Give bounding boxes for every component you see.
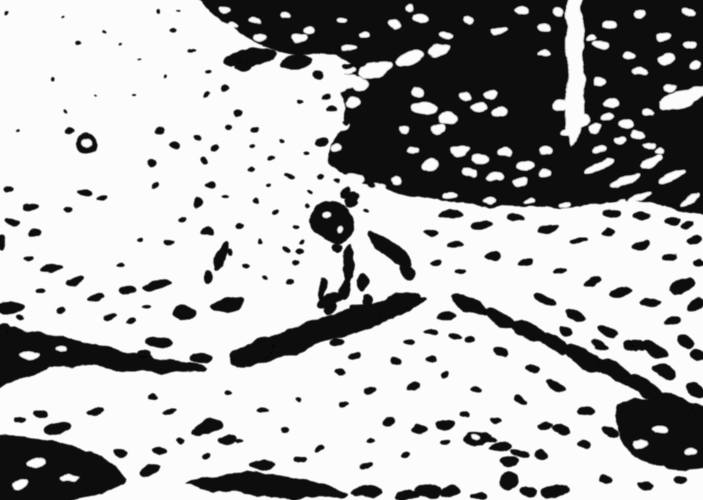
ink-speckle (312, 72, 324, 80)
white-patch (469, 103, 487, 113)
ink-speckle (340, 188, 350, 198)
white-patch (291, 34, 309, 42)
ink-speckle (23, 255, 33, 261)
white-patch (550, 99, 570, 111)
ink-speckle (191, 135, 201, 141)
ink-speckle (303, 151, 309, 155)
ink-speckle (6, 12, 10, 16)
ink-blot-canvas (0, 0, 703, 500)
white-patch (249, 19, 261, 25)
white-patch (54, 345, 66, 351)
ink-speckle (450, 333, 462, 339)
white-patch (642, 108, 654, 116)
white-patch (20, 350, 40, 360)
ink-speckle (520, 486, 536, 498)
ink-speckle (295, 248, 305, 254)
ink-speckle (317, 174, 325, 178)
ink-speckle (133, 94, 137, 96)
white-patch (555, 8, 565, 16)
white-patch (422, 160, 438, 170)
ink-speckle (32, 411, 48, 419)
ink-speckle (103, 31, 107, 33)
ink-speckle (226, 393, 234, 397)
ink-speckle (55, 307, 65, 313)
ink-speckle (50, 76, 54, 80)
ink-speckle (142, 306, 150, 310)
white-patch (389, 176, 401, 184)
ink-speckle (139, 352, 151, 358)
white-patch (682, 8, 694, 16)
white-patch (360, 32, 370, 38)
white-patch (430, 123, 446, 133)
ink-speckle (299, 239, 305, 243)
ink-speckle (138, 59, 142, 61)
white-patch (82, 138, 92, 146)
white-patch (13, 481, 27, 489)
white-patch (492, 26, 508, 34)
ink-speckle (16, 315, 24, 321)
white-patch (589, 124, 603, 132)
white-patch (592, 41, 608, 49)
ink-speckle (176, 437, 184, 443)
white-patch (561, 129, 575, 137)
white-patch (497, 147, 513, 157)
ink-speckle (342, 120, 350, 126)
white-patch (280, 12, 290, 18)
white-patch (619, 120, 635, 130)
white-patch (62, 474, 78, 482)
ink-speckle (137, 239, 143, 243)
ink-speckle (286, 174, 294, 178)
white-patch (539, 24, 551, 32)
white-patch (539, 168, 551, 176)
white-patch (587, 35, 597, 41)
ink-speckle (471, 492, 489, 500)
ink-speckle (165, 238, 175, 244)
white-patch (389, 21, 401, 29)
ink-speckle (16, 129, 20, 131)
ink-speckle (172, 28, 178, 32)
ink-speckle (201, 156, 209, 164)
white-patch (633, 440, 647, 448)
white-patch (450, 145, 470, 155)
ink-speckle (207, 68, 213, 72)
ink-speckle (363, 209, 369, 213)
ink-blob (498, 472, 518, 490)
white-patch (345, 97, 359, 107)
white-patch (335, 17, 345, 23)
ink-speckle (246, 167, 254, 173)
white-patch (484, 91, 496, 99)
ink-speckle (292, 260, 300, 266)
white-patch (623, 51, 637, 59)
white-patch (513, 5, 527, 15)
ink-speckle (5, 219, 19, 225)
white-patch (458, 91, 472, 99)
white-patch (539, 52, 551, 58)
white-patch (438, 112, 458, 124)
ink-blob (171, 305, 197, 321)
ink-speckle (66, 207, 74, 213)
white-patch (684, 449, 696, 455)
white-patch (335, 225, 341, 231)
white-patch (343, 45, 357, 51)
white-patch (594, 147, 606, 153)
ink-speckle (293, 224, 299, 228)
white-patch (409, 146, 421, 154)
ink-speckle (396, 490, 420, 500)
ink-speckle (153, 183, 159, 189)
white-patch (330, 144, 342, 152)
ink-speckle (537, 421, 553, 429)
ink-speckle (118, 41, 122, 43)
ink-speckle (163, 73, 167, 77)
ink-speckle (258, 238, 264, 244)
ink-speckle (278, 139, 284, 143)
ink-speckle (267, 157, 275, 161)
white-patch (657, 55, 673, 65)
ink-speckle (158, 10, 162, 14)
ink-speckle (272, 208, 280, 214)
ink-speckle (636, 482, 654, 490)
white-patch (487, 174, 503, 182)
white-patch (690, 61, 700, 69)
ink-speckle (202, 93, 208, 97)
white-patch (663, 84, 677, 92)
white-patch (412, 13, 428, 23)
ink-speckle (333, 178, 339, 184)
white-patch (538, 148, 552, 156)
white-patch (655, 149, 665, 155)
ink-speckle (282, 248, 290, 254)
white-patch (516, 160, 534, 170)
white-patch (655, 31, 669, 39)
white-patch (413, 102, 437, 114)
white-patch (462, 168, 478, 176)
white-patch (616, 136, 628, 144)
ink-speckle (63, 110, 67, 114)
ink-speckle (253, 198, 259, 204)
white-patch (634, 11, 646, 19)
ink-speckle (234, 109, 242, 115)
white-patch (26, 457, 44, 467)
ink-speckle (353, 193, 359, 199)
ink-speckle (60, 16, 64, 18)
ink-speckle (315, 137, 327, 145)
ink-speckle (124, 357, 132, 363)
white-patch (254, 35, 266, 41)
white-patch (684, 41, 696, 49)
white-patch (324, 212, 332, 218)
ink-speckle (242, 263, 250, 269)
ink-speckle (210, 145, 218, 151)
ink-speckle (297, 398, 303, 402)
white-patch (632, 131, 644, 139)
ink-speckle (248, 144, 254, 148)
white-patch (412, 88, 424, 96)
ink-speckle (228, 248, 234, 254)
white-patch (513, 178, 527, 186)
white-patch (351, 79, 369, 91)
ink-speckle (14, 417, 26, 423)
white-patch (304, 26, 316, 34)
ink-speckle (236, 223, 244, 229)
ink-speckle (152, 448, 168, 456)
ink-speckle (148, 159, 156, 165)
ink-speckle (357, 133, 365, 139)
white-patch (602, 99, 618, 109)
ink-speckle (286, 278, 294, 284)
white-patch (567, 65, 583, 75)
ink-speckle (296, 99, 304, 103)
ink-speckle (267, 184, 273, 188)
white-patch (602, 114, 614, 122)
ink-speckle (332, 243, 344, 253)
ink-speckle (367, 183, 375, 189)
white-patch (464, 16, 476, 24)
white-patch (644, 143, 656, 149)
white-patch (593, 78, 607, 86)
ink-speckle (65, 129, 75, 135)
ink-speckle (114, 448, 126, 456)
ink-speckle (303, 204, 309, 208)
ink-speckle (93, 94, 97, 96)
white-patch (405, 5, 415, 11)
white-patch (471, 155, 489, 165)
ink-speckle (176, 9, 180, 11)
white-patch (492, 107, 508, 117)
ink-speckle (308, 189, 314, 193)
white-patch (634, 68, 646, 76)
ink-speckle (223, 194, 229, 198)
white-patch (438, 31, 452, 39)
white-patch (400, 126, 410, 134)
white-patch (220, 7, 230, 13)
white-patch (227, 22, 237, 28)
ink-speckle (454, 269, 466, 275)
white-patch (603, 21, 617, 29)
white-patch (473, 434, 481, 440)
ink-speckle (226, 125, 232, 129)
white-patch (652, 426, 668, 434)
ink-speckle (116, 263, 124, 267)
ink-speckle (263, 274, 269, 278)
dalmatian-emergence-photo (0, 0, 703, 500)
ink-speckle (321, 92, 331, 100)
ink-speckle (281, 427, 289, 433)
